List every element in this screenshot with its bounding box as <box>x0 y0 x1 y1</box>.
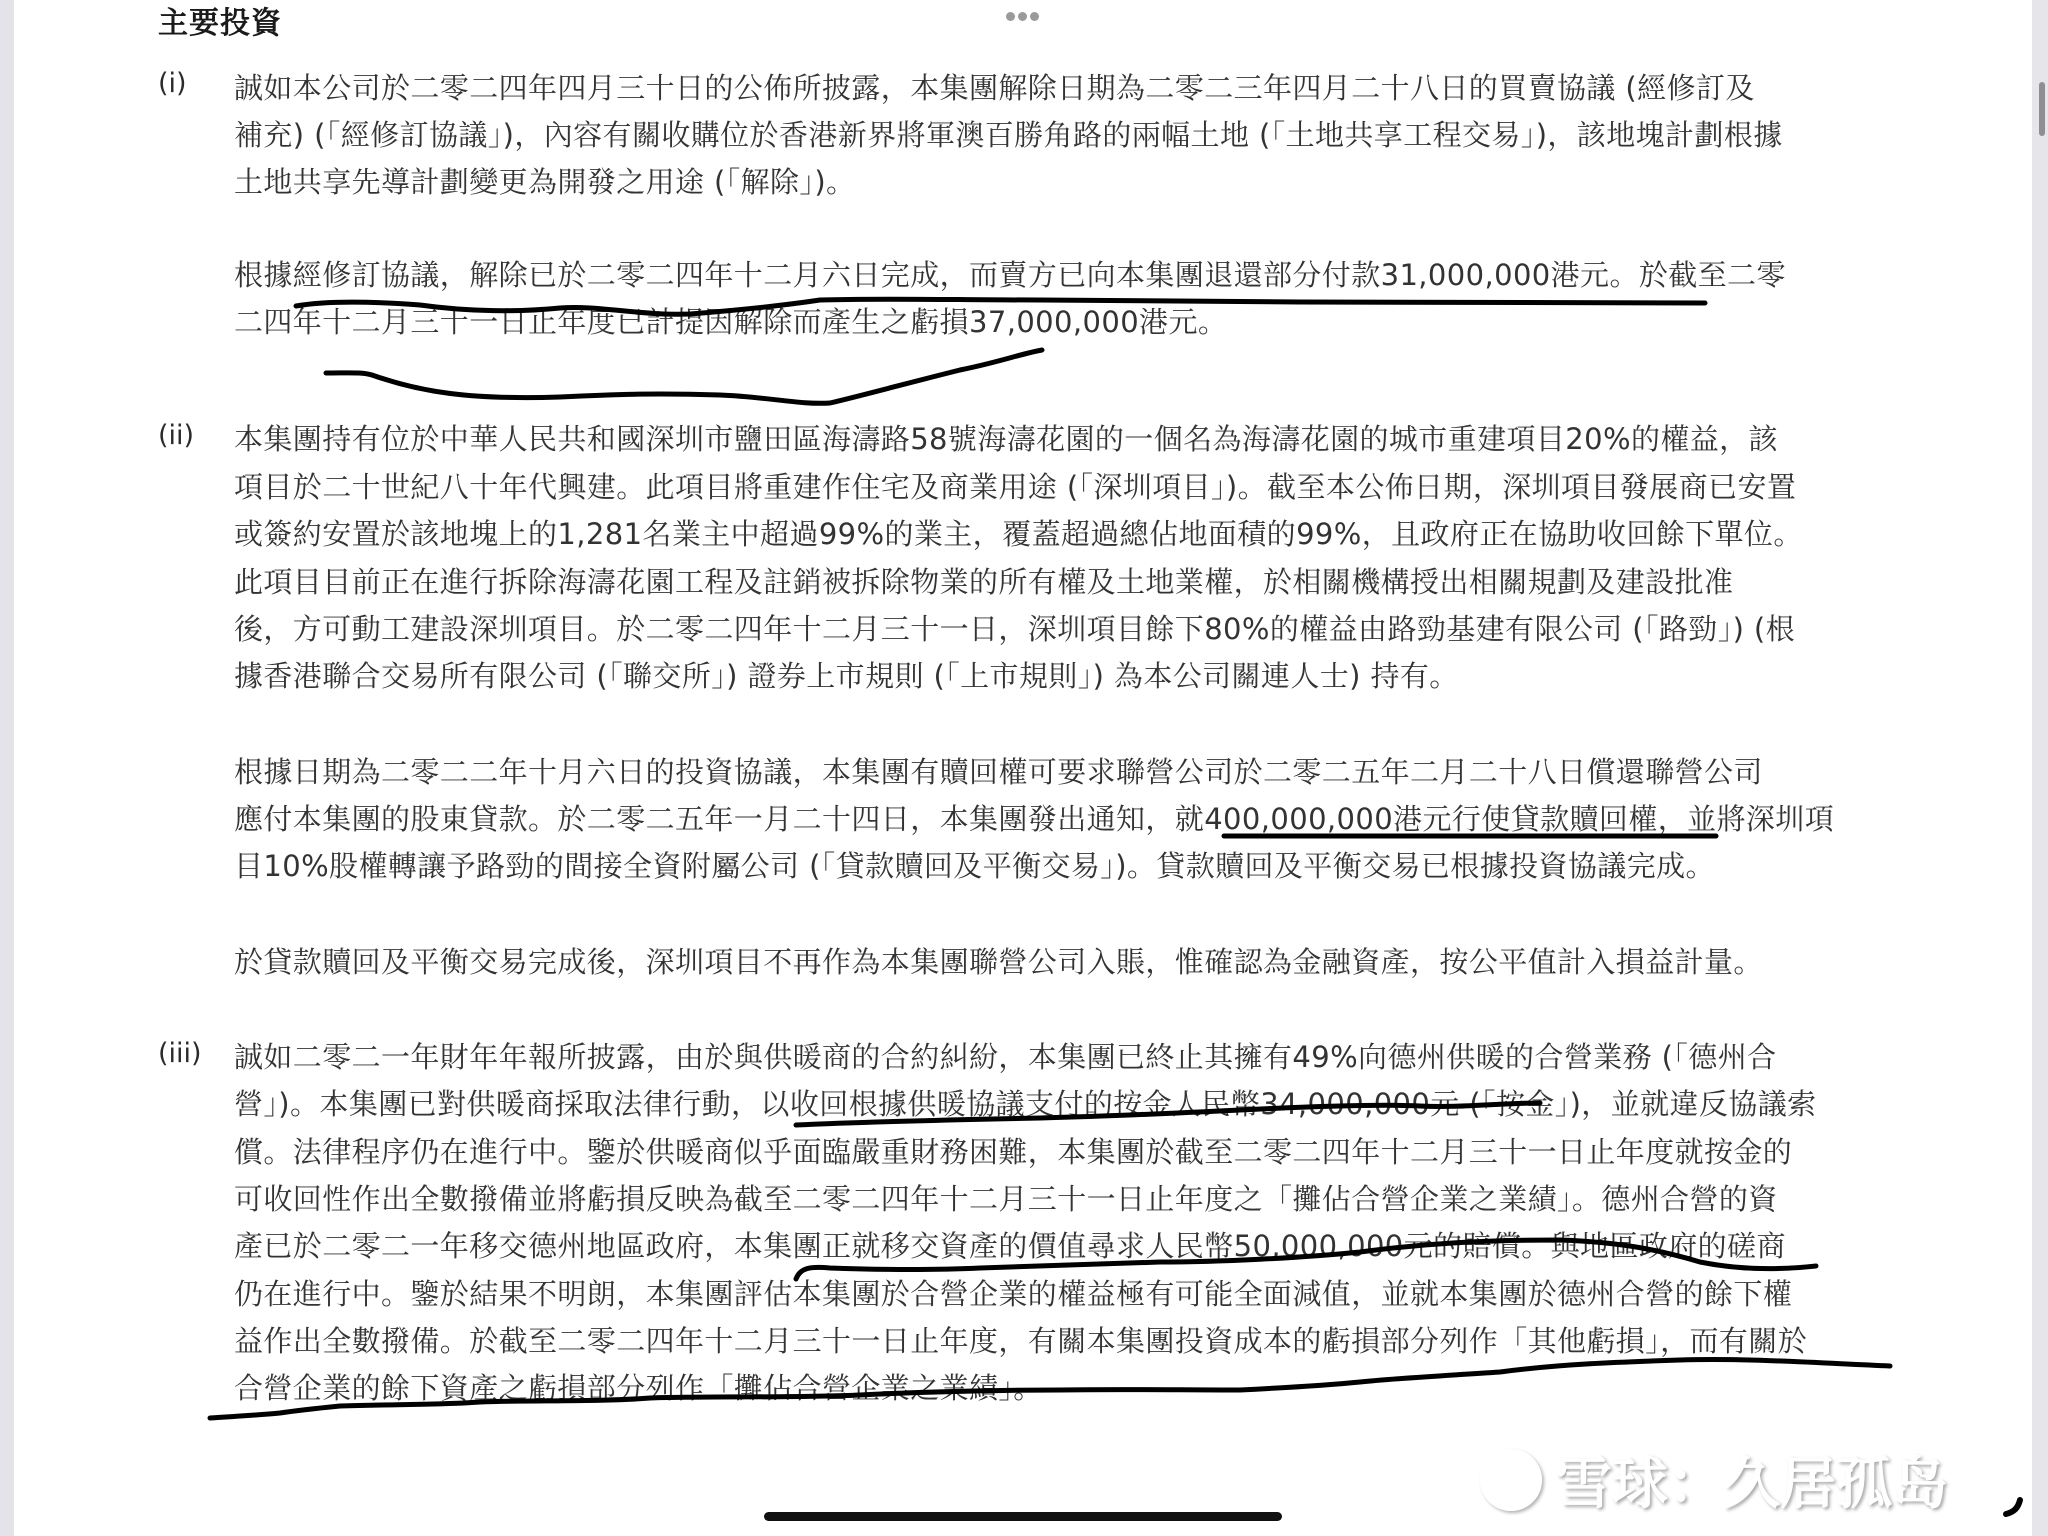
text-line: 誠如本公司於二零二四年四月三十日的公佈所披露，本集團解除日期為二零二三年四月二十… <box>234 66 1755 107</box>
text-line: 可收回性作出全數撥備並將虧損反映為截至二零二四年十二月三十一日止年度之「攤佔合營… <box>234 1177 1778 1218</box>
underline-loss <box>326 350 1042 403</box>
watermark: 雪球：久居孤岛 <box>1480 1440 1948 1520</box>
home-indicator[interactable] <box>764 1512 1282 1521</box>
text-line: 應付本集團的股東貸款。於二零二五年一月二十四日，本集團發出通知，就400,000… <box>234 797 1834 838</box>
text-line: 於貸款贖回及平衡交易完成後，深圳項目不再作為本集團聯營公司入賬，惟確認為金融資產… <box>234 940 1763 981</box>
text-line: 土地共享先導計劃變更為開發之用途 (「解除」)。 <box>234 160 855 201</box>
text-line: 據香港聯合交易所有限公司 (「聯交所」) 證券上市規則 (「上市規則」) 為本公… <box>234 654 1459 695</box>
text-line: 誠如二零二一年財年年報所披露，由於與供暖商的合約糾紛，本集團已終止其擁有49%向… <box>234 1035 1777 1076</box>
text-line: 償。法律程序仍在進行中。鑒於供暖商似乎面臨嚴重財務困難，本集團於截至二零二四年十… <box>234 1130 1792 1171</box>
more-horizontal-icon[interactable] <box>1006 12 1039 21</box>
item-marker: (i) <box>158 68 187 99</box>
text-line: 產已於二零二一年移交德州地區政府，本集團正就移交資產的價值尋求人民幣50,000… <box>234 1224 1786 1265</box>
text-line: 根據經修訂協議，解除已於二零二四年十二月六日完成，而賣方已向本集團退還部分付款3… <box>234 253 1786 294</box>
item-marker: (iii) <box>158 1038 202 1069</box>
left-edge <box>0 0 14 1536</box>
text-line: 此項目目前正在進行拆除海濤花園工程及註銷被拆除物業的所有權及土地業權，於相關機構… <box>234 560 1733 601</box>
xueqiu-logo-icon <box>1480 1449 1542 1511</box>
scrollbar-thumb[interactable] <box>2039 82 2045 136</box>
ink-mark <box>2006 1500 2020 1514</box>
text-line: 營」)。本集團已對供暖商採取法律行動，以收回根據供暖協議支付的按金人民幣34,0… <box>234 1082 1817 1123</box>
text-line: 合營企業的餘下資產之虧損部分列作「攤佔合營企業之業績」。 <box>234 1366 1043 1407</box>
text-line: 後，方可動工建設深圳項目。於二零二四年十二月三十一日，深圳項目餘下80%的權益由… <box>234 607 1795 648</box>
scrollbar-track[interactable] <box>2032 0 2048 1536</box>
text-line: 目10%股權轉讓予路勁的間接全資附屬公司 (「貸款贖回及平衡交易」)。貸款贖回及… <box>234 844 1715 885</box>
text-line: 根據日期為二零二二年十月六日的投資協議，本集團有贖回權可要求聯營公司於二零二五年… <box>234 750 1763 791</box>
section-title: 主要投資 <box>158 0 282 42</box>
text-line: 益作出全數撥備。於截至二零二四年十二月三十一日止年度，有關本集團投資成本的虧損部… <box>234 1319 1807 1360</box>
text-line: 本集團持有位於中華人民共和國深圳市鹽田區海濤路58號海濤花園的一個名為海濤花園的… <box>234 417 1778 458</box>
text-line: 二四年十二月三十一日止年度已計提因解除而產生之虧損37,000,000港元。 <box>234 300 1227 341</box>
text-line: 或簽約安置於該地塊上的1,281名業主中超過99%的業主，覆蓋超過總佔地面積的9… <box>234 512 1803 553</box>
text-line: 仍在進行中。鑒於結果不明朗，本集團評估本集團於合營企業的權益極有可能全面減值，並… <box>234 1272 1792 1313</box>
text-line: 補充) (「經修訂協議」)，內容有關收購位於香港新界將軍澳百勝角路的兩幅土地 (… <box>234 113 1783 154</box>
item-marker: (ii) <box>158 420 194 451</box>
watermark-text: 雪球：久居孤岛 <box>1556 1440 1948 1520</box>
text-line: 項目於二十世紀八十年代興建。此項目將重建作住宅及商業用途 (「深圳項目」)。截至… <box>234 465 1796 506</box>
